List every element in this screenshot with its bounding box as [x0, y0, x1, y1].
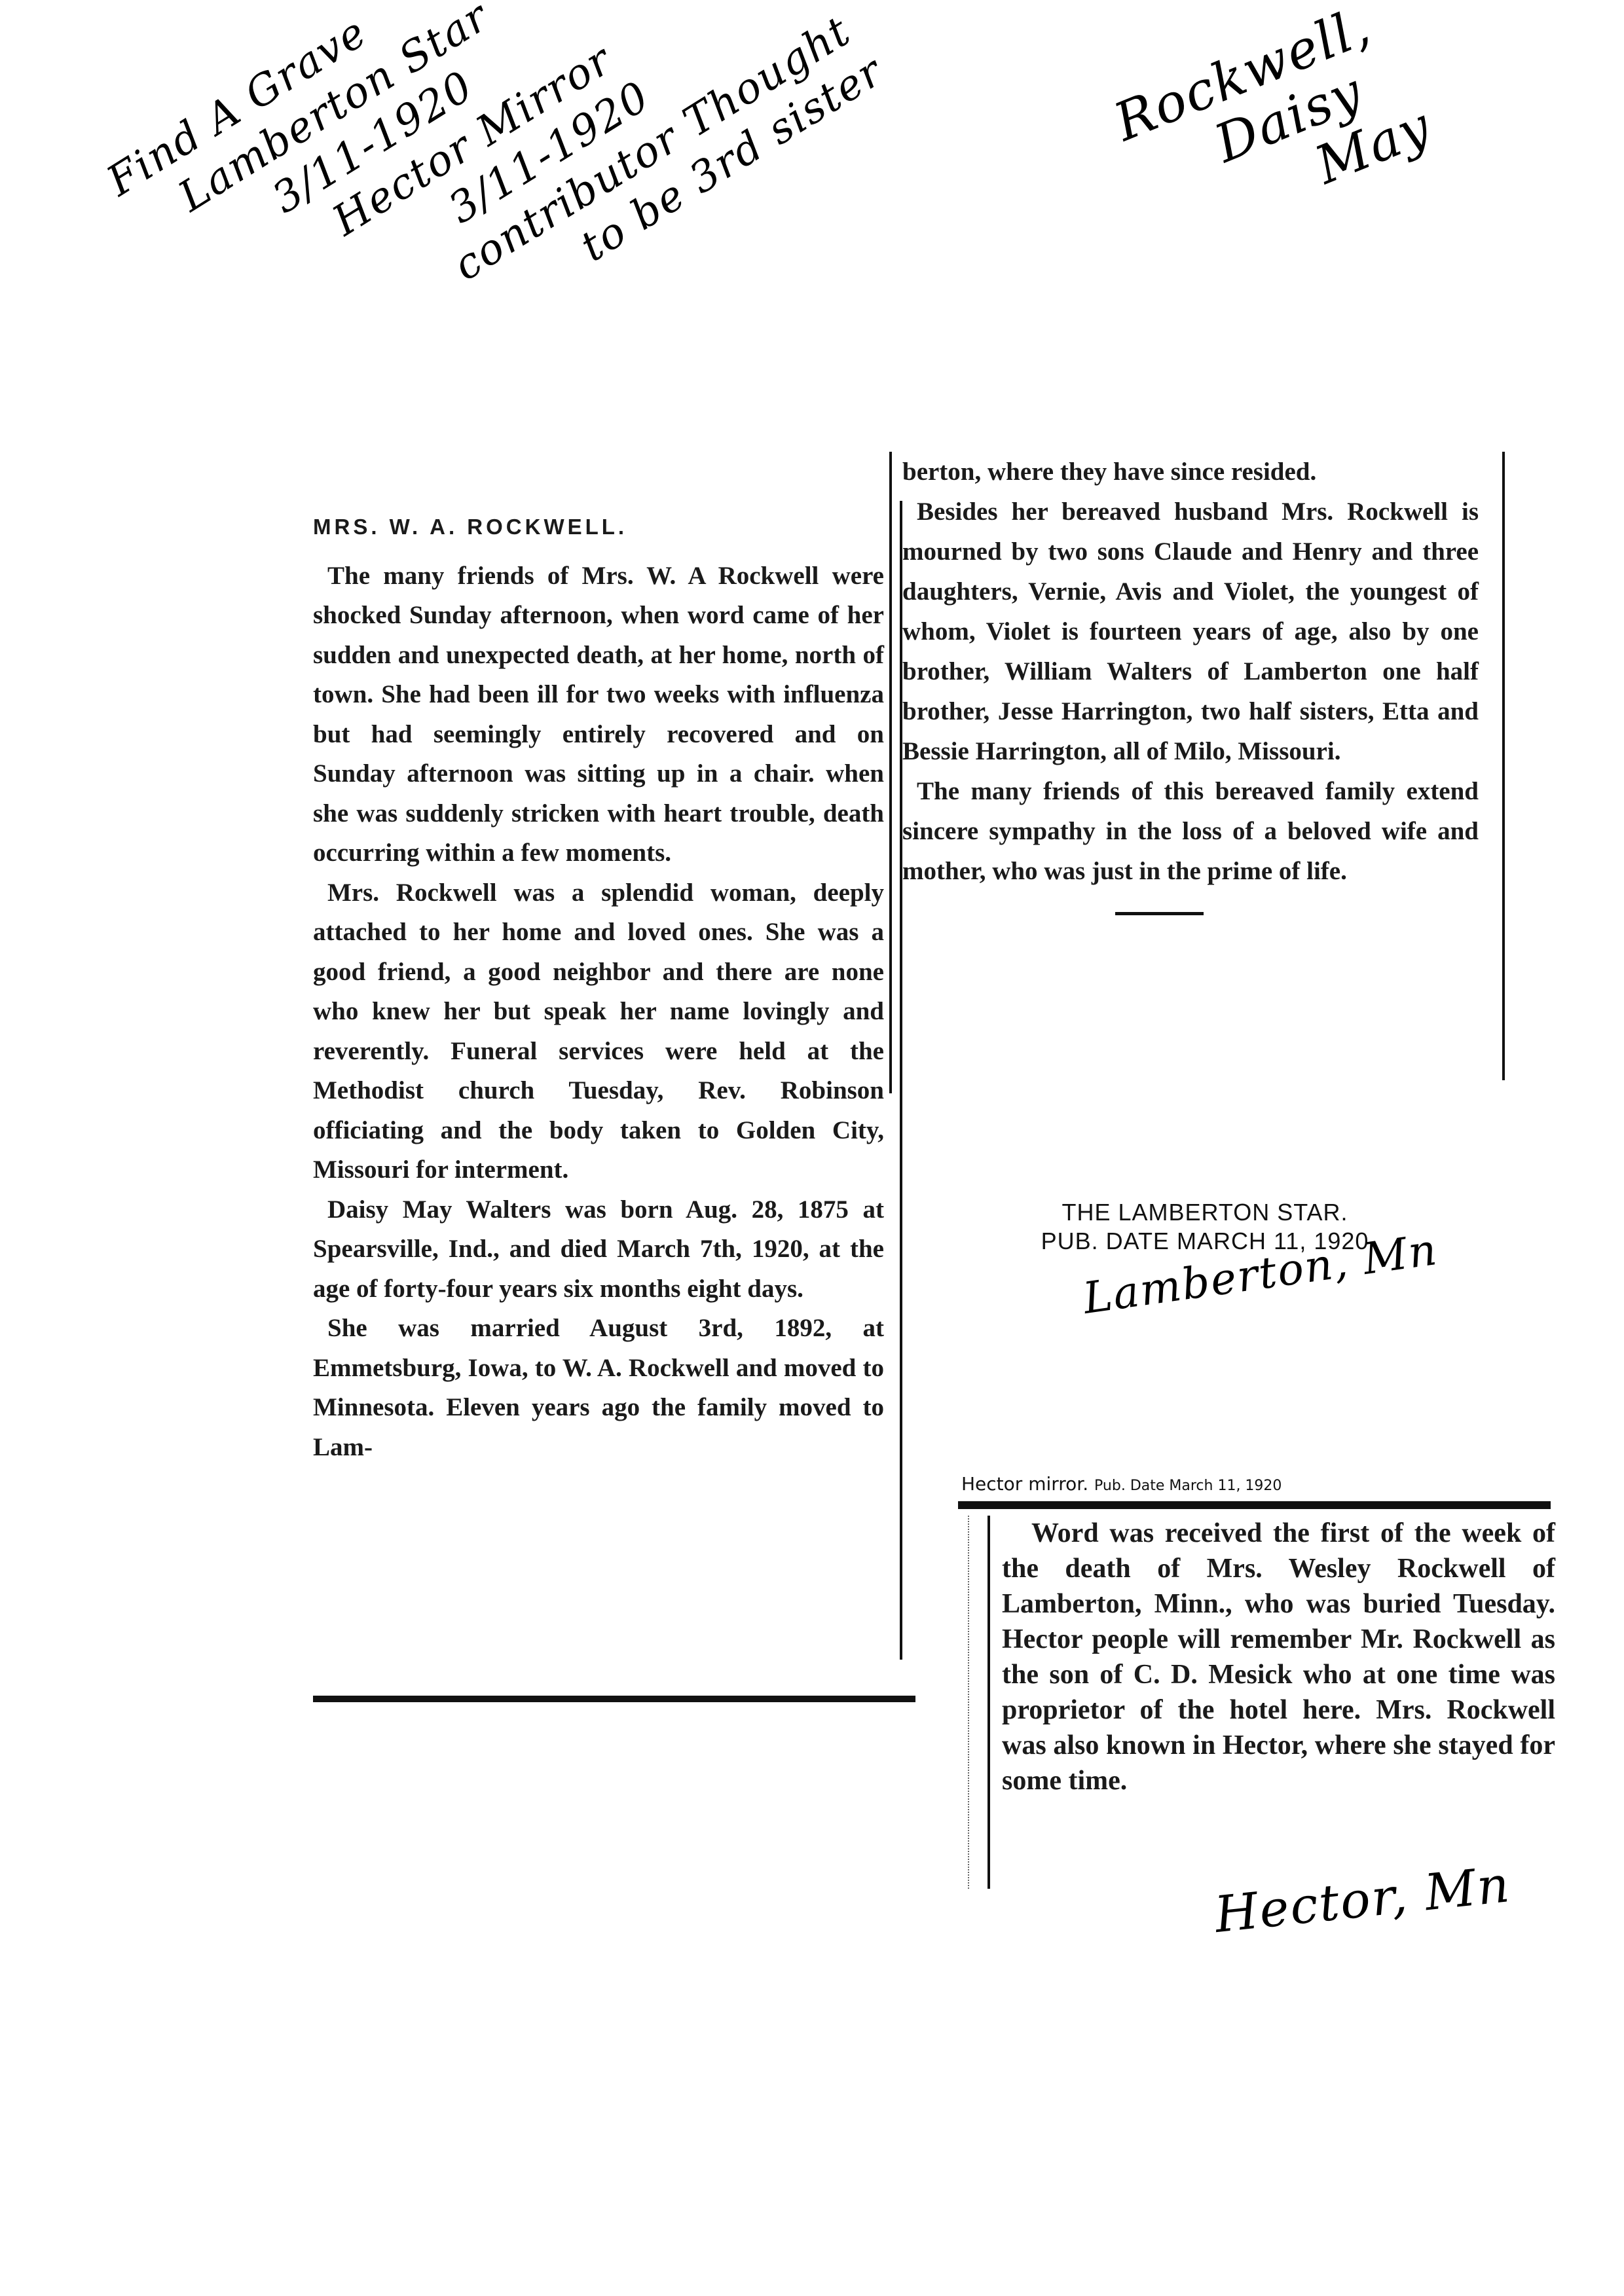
- handwritten-note-sources: Find A Grave Lamberton Star 3/11-1920 He…: [98, 0, 893, 467]
- handwritten-note-name: Rockwell, Daisy May: [1107, 0, 1439, 259]
- newspaper-name: Hector mirror.: [961, 1473, 1088, 1495]
- obituary-paragraph: The many friends of this bereaved family…: [902, 771, 1479, 891]
- lamberton-star-column-2: berton, where they have since resided. B…: [902, 452, 1479, 915]
- hector-mirror-article: Word was received the first of the week …: [1002, 1516, 1555, 1798]
- obituary-paragraph: Besides her bereaved husband Mrs. Rockwe…: [902, 492, 1479, 771]
- obituary-paragraph: Daisy May Walters was born Aug. 28, 1875…: [313, 1190, 884, 1309]
- hector-mirror-top-rule: [958, 1501, 1551, 1509]
- publication-date: Pub. Date March 11, 1920: [1094, 1478, 1282, 1494]
- column-divider: [889, 452, 892, 1093]
- lamberton-star-column-1: MRS. W. A. ROCKWELL. The many friends of…: [313, 501, 884, 1467]
- end-of-article-dash: [1115, 912, 1204, 915]
- obituary-paragraph: Mrs. Rockwell was a splendid woman, deep…: [313, 873, 884, 1190]
- column-divider: [987, 1516, 990, 1889]
- clipping-bottom-rule: [313, 1696, 915, 1702]
- obituary-paragraph: The many friends of Mrs. W. A Rockwell w…: [313, 556, 884, 873]
- hector-mirror-caption: Hector mirror. Pub. Date March 11, 1920: [961, 1473, 1282, 1495]
- obituary-heading: MRS. W. A. ROCKWELL.: [313, 507, 884, 547]
- obituary-paragraph: berton, where they have since resided.: [902, 452, 1479, 492]
- obituary-paragraph: She was married August 3rd, 1892, at Emm…: [313, 1309, 884, 1467]
- column-divider-dotted: [968, 1516, 970, 1889]
- newspaper-name: THE LAMBERTON STAR.: [969, 1198, 1441, 1227]
- hector-paragraph: Word was received the first of the week …: [1002, 1516, 1555, 1798]
- handwritten-note-hector: Hector, Mn: [1212, 1855, 1513, 1944]
- column-divider: [1502, 452, 1505, 1080]
